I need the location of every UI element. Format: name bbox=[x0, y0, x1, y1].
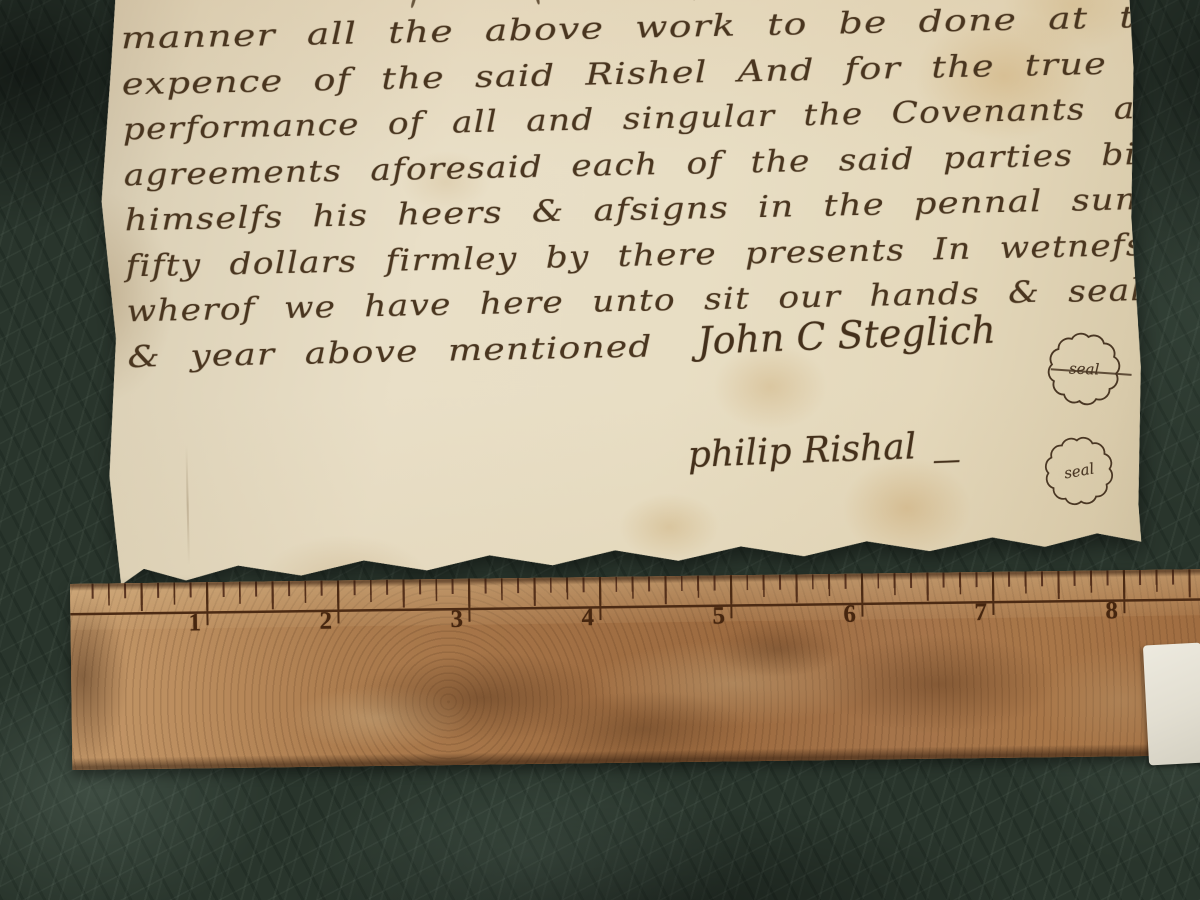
white-label-fragment bbox=[1143, 643, 1200, 766]
ink-fragment bbox=[535, 0, 540, 5]
seal-label: seal bbox=[1069, 359, 1100, 378]
manuscript-paper-wrap: manner all the above work to be done at … bbox=[90, 0, 1151, 601]
ink-fragment bbox=[410, 0, 417, 8]
ruler-inch-number: 1 bbox=[188, 609, 201, 637]
ruler-inch-number: 6 bbox=[843, 601, 856, 629]
ink-fragment bbox=[693, 0, 699, 1]
paper-crease bbox=[185, 445, 190, 565]
manuscript-paper: manner all the above work to be done at … bbox=[90, 0, 1151, 601]
hand-drawn-seal: seal bbox=[1042, 434, 1117, 509]
ruler-inch-number: 4 bbox=[581, 604, 594, 632]
signature-philip-name: philip Rishal bbox=[687, 426, 917, 476]
signature-philip-rishal: philip Rishal— bbox=[687, 425, 961, 476]
ruler-inch-number: 2 bbox=[319, 608, 332, 636]
signature-flourish: — bbox=[932, 443, 961, 477]
ruler-inch-number: 7 bbox=[974, 599, 987, 627]
ruler-inch-number: 3 bbox=[450, 606, 463, 634]
ruler-inch-number: 8 bbox=[1105, 597, 1118, 625]
ruler-inch-number: 5 bbox=[712, 602, 725, 630]
wooden-ruler: 12345678 bbox=[70, 569, 1200, 770]
hand-drawn-seal: seal bbox=[1042, 327, 1126, 411]
photo-scene: manner all the above work to be done at … bbox=[0, 0, 1200, 900]
